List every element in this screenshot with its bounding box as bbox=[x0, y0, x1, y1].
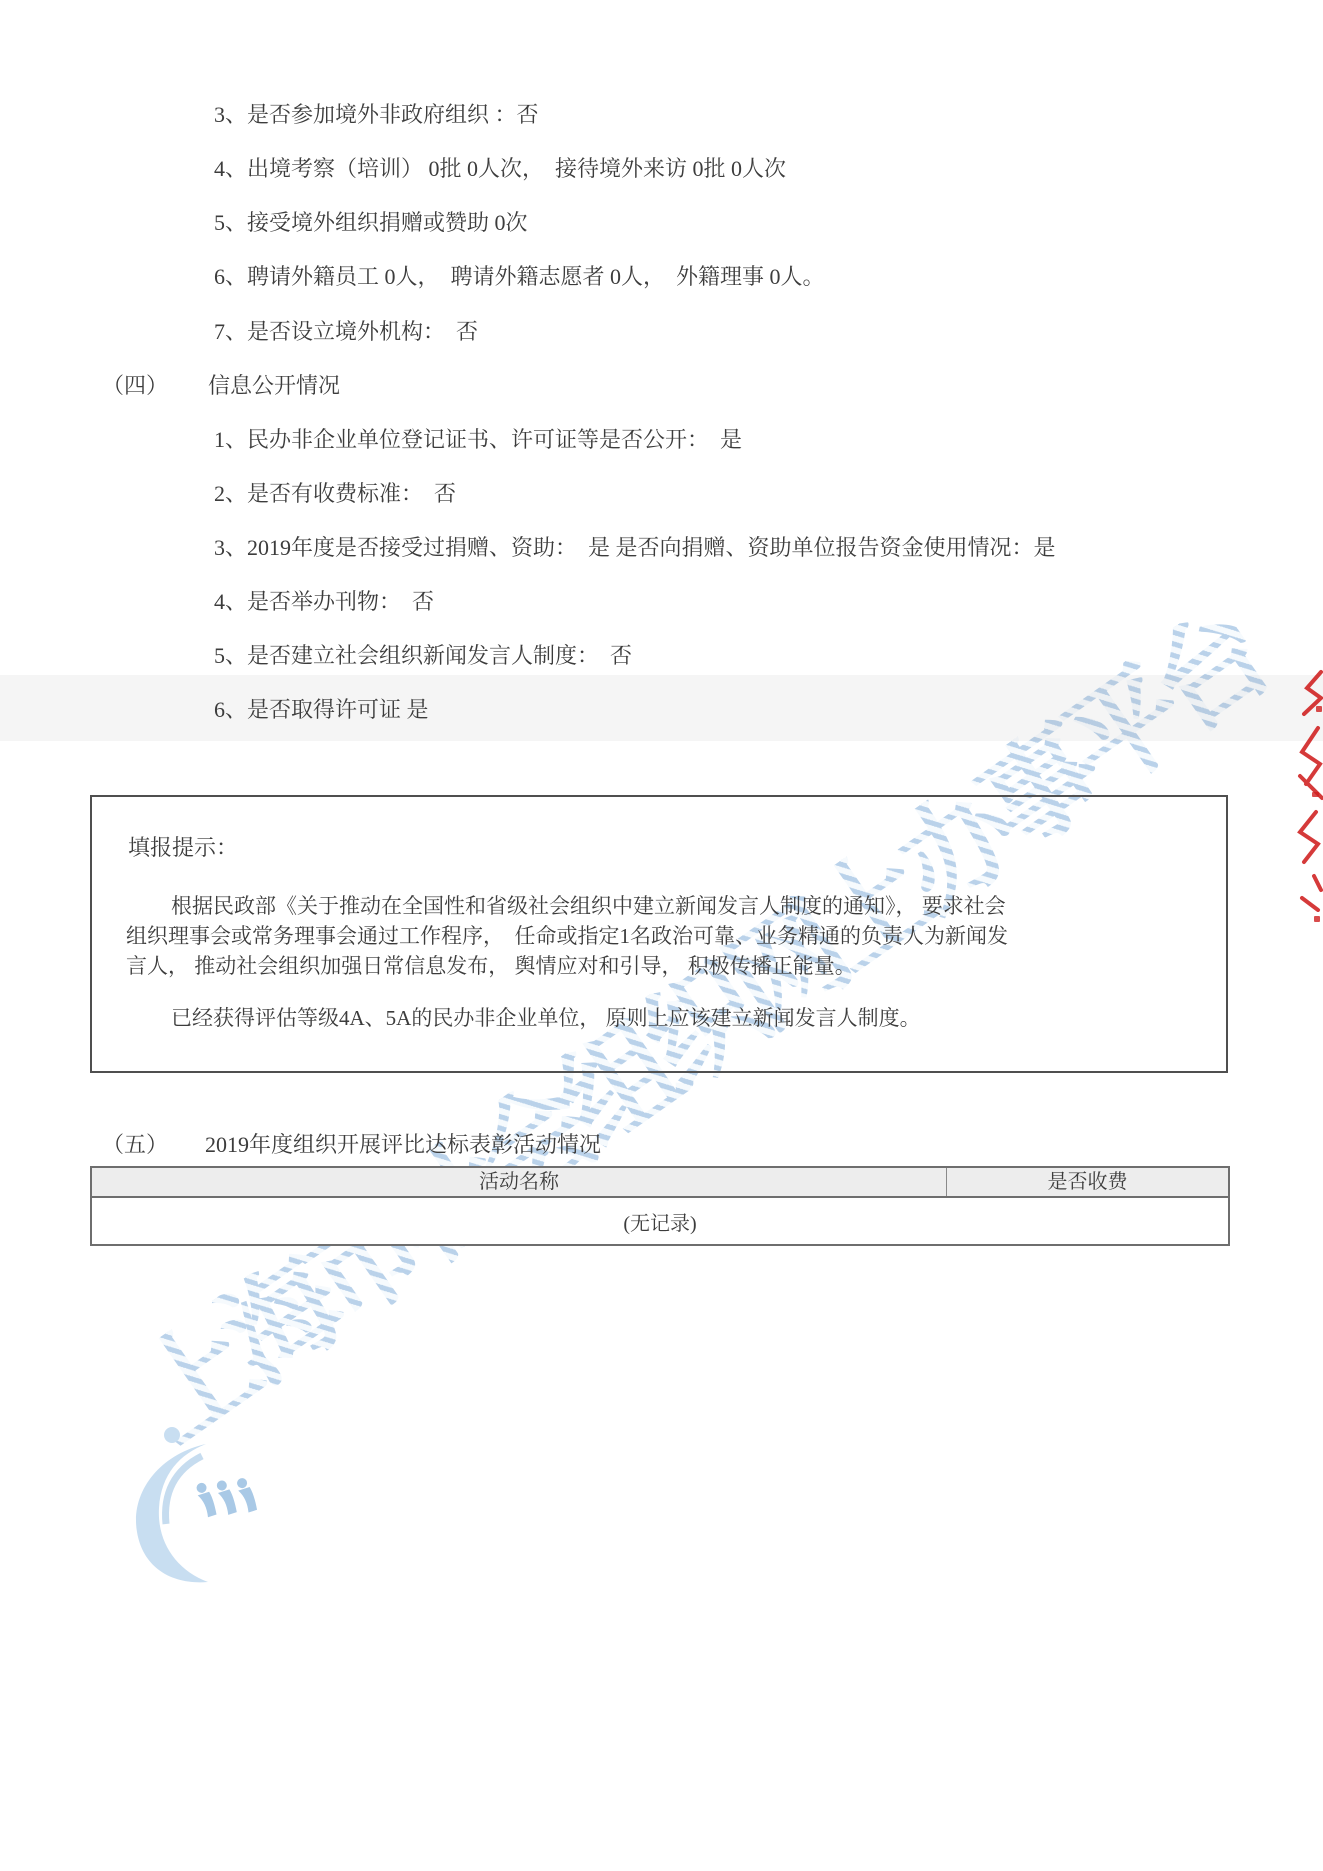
tips-paragraph-1-line3: 言人， 推动社会组织加强日常信息发布， 舆情应对和引导， 积极传播正能量。 bbox=[126, 951, 1206, 981]
activities-table-header-activity-name: 活动名称 bbox=[92, 1168, 947, 1196]
section-four-title: 信息公开情况 bbox=[208, 371, 340, 401]
scan-shadow-band bbox=[0, 675, 1323, 741]
section-four-item2: 2、是否有收费标准： 否 bbox=[214, 479, 456, 509]
section-four-label: （四） bbox=[102, 371, 168, 401]
report-line-item5: 5、接受境外组织捐赠或赞助 0次 bbox=[214, 208, 528, 238]
report-line-item3: 3、是否参加境外非政府组织 ：否 bbox=[214, 100, 539, 130]
section-four-item3: 3、2019年度是否接受过捐赠、资助： 是 是否向捐赠、资助单位报告资金使用情况… bbox=[214, 533, 1056, 563]
scanned-report-page: 上海市社会组织网上办事平台 3、是否参加境外非政府组织 ：否 4、出境考察（培训… bbox=[0, 0, 1323, 1871]
section-five-title: 2019年度组织开展评比达标表彰活动情况 bbox=[205, 1130, 601, 1160]
activities-table: 活动名称 是否收费 (无记录) bbox=[90, 1166, 1230, 1246]
section-four-item6: 6、是否取得许可证 是 bbox=[214, 695, 429, 725]
section-four-item4: 4、是否举办刊物： 否 bbox=[214, 587, 434, 617]
report-line-item4: 4、出境考察（培训） 0批 0人次， 接待境外来访 0批 0人次 bbox=[214, 154, 786, 184]
tips-paragraph-1-line1: 根据民政部《关于推动在全国性和省级社会组织中建立新闻发言人制度的通知》， 要求社… bbox=[126, 891, 1206, 921]
tips-paragraph-2: 已经获得评估等级4A、5A的民办非企业单位， 原则上应该建立新闻发言人制度。 bbox=[126, 1003, 1206, 1033]
section-four-item1: 1、民办非企业单位登记证书、许可证等是否公开： 是 bbox=[214, 425, 742, 455]
platform-logo-icon bbox=[118, 1422, 260, 1595]
activities-table-empty-row: (无记录) bbox=[92, 1198, 1228, 1244]
tips-box: 填报提示： 根据民政部《关于推动在全国性和省级社会组织中建立新闻发言人制度的通知… bbox=[90, 795, 1228, 1073]
tips-paragraph-1: 根据民政部《关于推动在全国性和省级社会组织中建立新闻发言人制度的通知》， 要求社… bbox=[126, 891, 1206, 981]
activities-table-header-row: 活动名称 是否收费 bbox=[92, 1168, 1228, 1198]
section-five-label: （五） bbox=[102, 1130, 168, 1160]
tips-box-title: 填报提示： bbox=[128, 831, 238, 862]
tips-paragraph-1-line2: 组织理事会或常务理事会通过工作程序， 任命或指定1名政治可靠、业务精通的负责人为… bbox=[126, 921, 1206, 951]
activities-table-header-charged: 是否收费 bbox=[947, 1168, 1228, 1196]
report-line-item6: 6、聘请外籍员工 0人， 聘请外籍志愿者 0人， 外籍理事 0人。 bbox=[214, 262, 825, 292]
report-line-item7: 7、是否设立境外机构： 否 bbox=[214, 317, 478, 347]
section-four-item5: 5、是否建立社会组织新闻发言人制度： 否 bbox=[214, 641, 632, 671]
